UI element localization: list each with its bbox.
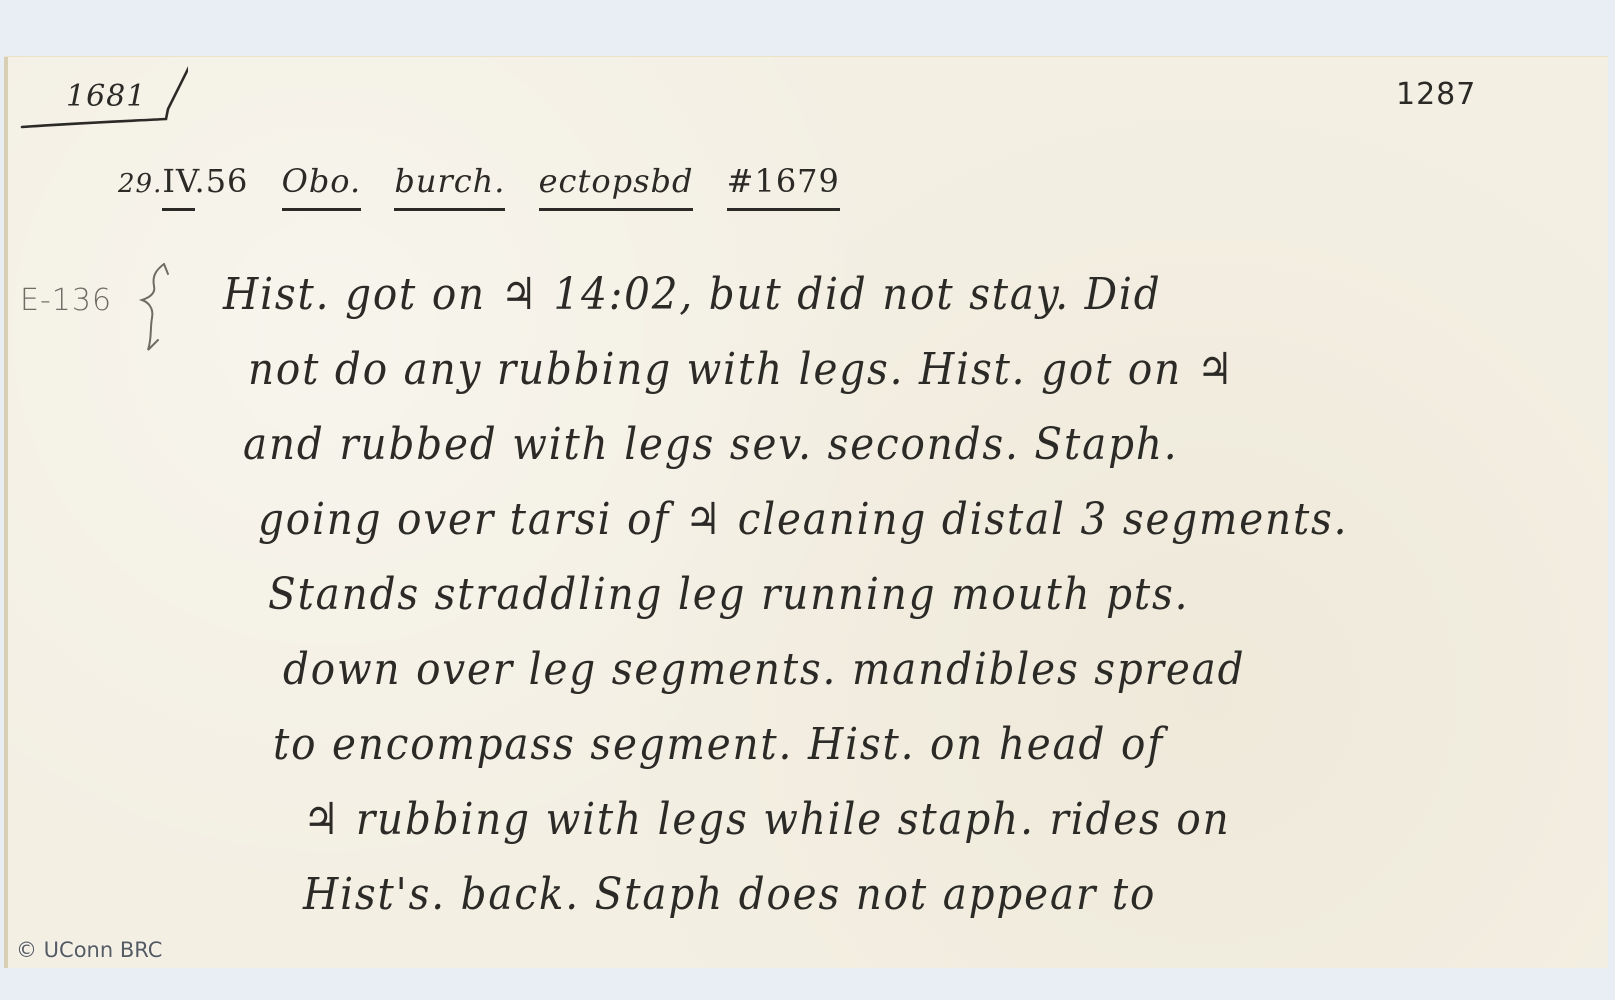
genus-abbrev: Obo.	[282, 162, 362, 211]
note-line: Hist's. back. Staph does not appear to	[303, 857, 1453, 932]
date-month: IV	[162, 162, 194, 211]
note-line: and rubbed with legs sev. seconds. Staph…	[243, 407, 1448, 482]
card-number-left: 1681	[66, 79, 146, 114]
copyright-watermark: © UConn BRC	[16, 938, 162, 962]
index-card: 1681 1287 29.IV.56 Obo. burch. ectopsbd …	[5, 57, 1608, 968]
observation-notes: Hist. got on ♃ 14:02, but did not stay. …	[223, 257, 1553, 932]
note-line: down over leg segments. mandibles spread	[283, 632, 1451, 707]
note-line: to encompass segment. Hist. on head of	[273, 707, 1451, 782]
header-line: 29.IV.56 Obo. burch. ectopsbd #1679	[118, 162, 862, 211]
card-number-right: 1287	[1396, 77, 1476, 112]
date-day: 29.	[118, 169, 162, 199]
species-abbrev: burch.	[394, 162, 505, 211]
note-line: not do any rubbing with legs. Hist. got …	[248, 332, 1449, 407]
date: 29.IV.56	[118, 162, 248, 200]
date-year: .56	[195, 162, 249, 200]
margin-label: E-136	[20, 283, 112, 318]
curly-brace-icon	[138, 262, 176, 352]
reference-number: #1679	[727, 162, 840, 211]
note-line: Stands straddling leg running mouth pts.	[268, 557, 1450, 632]
note-line: ♃ rubbing with legs while staph. rides o…	[303, 782, 1453, 857]
note-line: going over tarsi of ♃ cleaning distal 3 …	[258, 482, 1449, 557]
note-line: Hist. got on ♃ 14:02, but did not stay. …	[223, 257, 1447, 332]
descriptor: ectopsbd	[539, 162, 694, 211]
